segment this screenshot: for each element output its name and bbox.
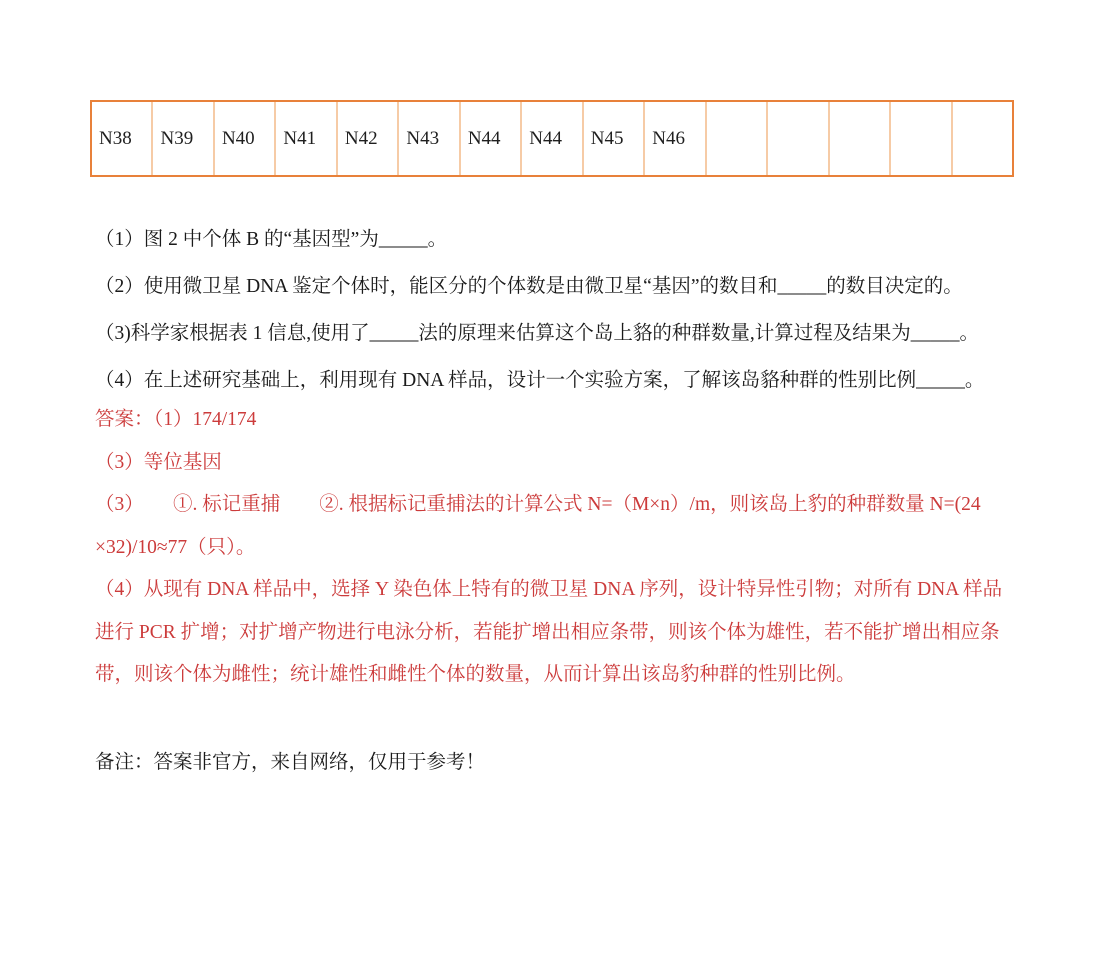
- table-cell-10: N46: [645, 102, 706, 175]
- answer-3-line-1: （3） ①. 标记重捕 ②. 根据标记重捕法的计算公式 N=（M×n）/m，则该…: [95, 484, 1030, 527]
- question-4: （4）在上述研究基础上，利用现有 DNA 样品，设计一个实验方案，了解该岛貉种群…: [95, 357, 1030, 404]
- table-cell-5: N42: [338, 102, 399, 175]
- question-3: （3)科学家根据表 1 信息,使用了_____法的原理来估算这个岛上貉的种群数量…: [95, 310, 1030, 357]
- document-page: { "colors": { "table_outer_border": "#e8…: [0, 0, 1102, 959]
- answer-4-line-1: （4）从现有 DNA 样品中，选择 Y 染色体上特有的微卫星 DNA 序列，设计…: [95, 569, 1030, 612]
- table-cell-12: [768, 102, 829, 175]
- question-block: （1）图 2 中个体 B 的“基因型”为_____。 （2）使用微卫星 DNA …: [95, 216, 1030, 404]
- table-cell-9: N45: [584, 102, 645, 175]
- table-cell-15: [953, 102, 1012, 175]
- question-1: （1）图 2 中个体 B 的“基因型”为_____。: [95, 216, 1030, 263]
- table-cell-11: [707, 102, 768, 175]
- answer-1: 答案：（1）174/174: [95, 399, 1030, 442]
- table-cell-2: N39: [153, 102, 214, 175]
- answer-sheet-table: N38 N39 N40 N41 N42 N43 N44 N44 N45 N46: [90, 100, 1014, 177]
- table-cell-6: N43: [399, 102, 460, 175]
- table-cell-13: [830, 102, 891, 175]
- answer-2: （3）等位基因: [95, 442, 1030, 485]
- answer-4-line-2: 进行 PCR 扩增；对扩增产物进行电泳分析，若能扩增出相应条带，则该个体为雄性，…: [95, 612, 1030, 655]
- question-2: （2）使用微卫星 DNA 鉴定个体时，能区分的个体数是由微卫星“基因”的数目和_…: [95, 263, 1030, 310]
- table-cell-3: N40: [215, 102, 276, 175]
- table-cell-7: N44: [461, 102, 522, 175]
- answer-block: 答案：（1）174/174 （3）等位基因 （3） ①. 标记重捕 ②. 根据标…: [95, 399, 1030, 697]
- table-cell-8: N44: [522, 102, 583, 175]
- answer-3-line-2: ×32)/10≈77（只）。: [95, 527, 1030, 570]
- table-cell-4: N41: [276, 102, 337, 175]
- answer-4-line-3: 带，则该个体为雌性；统计雄性和雌性个体的数量，从而计算出该岛豹种群的性别比例。: [95, 654, 1030, 697]
- note-line: 备注：答案非官方，来自网络，仅用于参考！: [95, 742, 1030, 784]
- table-cell-1: N38: [92, 102, 153, 175]
- table-cell-14: [891, 102, 952, 175]
